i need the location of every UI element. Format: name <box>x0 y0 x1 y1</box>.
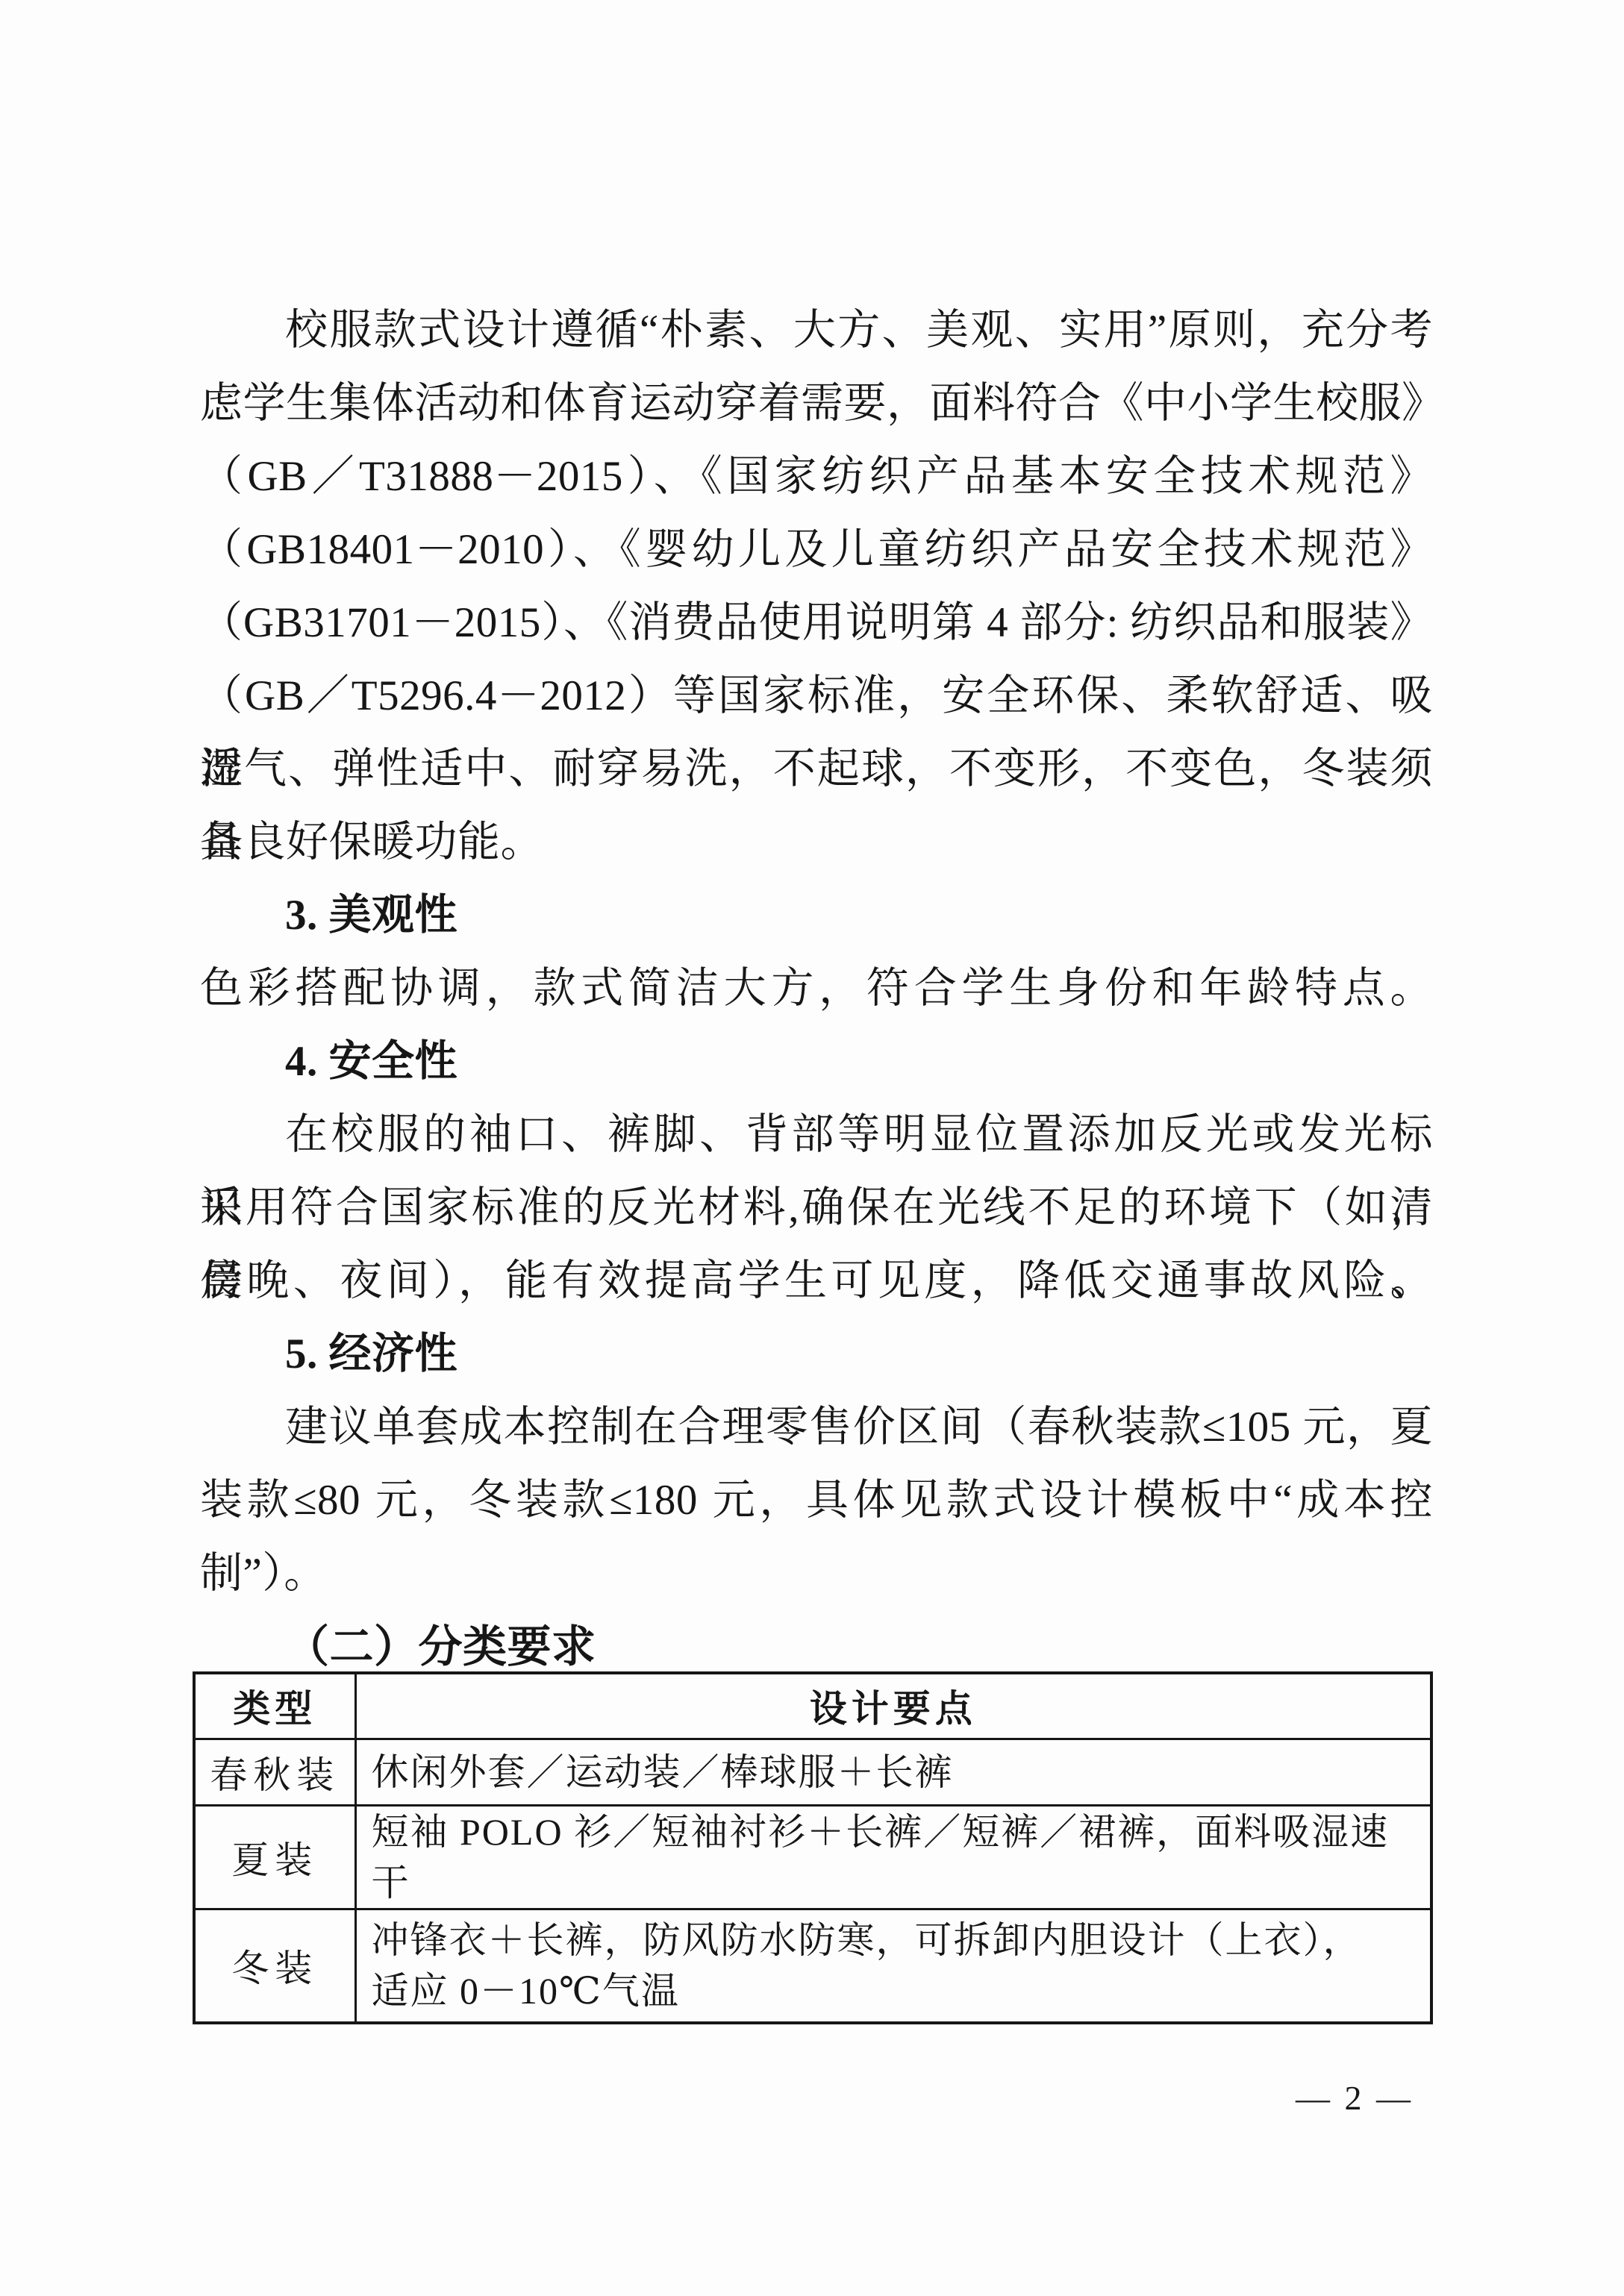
body-line: 备良好保暖功能。 <box>200 806 1433 879</box>
body-line: 校服款式设计遵循“朴素、大方、美观、实用”原则，充分考 <box>200 294 1433 367</box>
body-line: （GB／T5296.4－2012）等国家标准，安全环保、柔软舒适、吸湿 <box>200 660 1433 733</box>
type-cell: 冬装 <box>194 1909 355 2023</box>
page-number: — 2 — <box>1269 2076 1440 2121</box>
body-line: 制”）。 <box>200 1537 1433 1610</box>
points-cell: 休闲外套／运动装／棒球服＋长裤 <box>355 1739 1431 1805</box>
body-line: 采用符合国家标准的反光材料,确保在光线不足的环境下（如清晨、 <box>200 1172 1433 1245</box>
body-line: （GB18401－2010）、《婴幼儿及儿童纺织产品安全技术规范》 <box>200 513 1433 586</box>
body-line: 虑学生集体活动和体育运动穿着需要，面料符合《中小学生校服》 <box>200 367 1433 440</box>
document-body: 校服款式设计遵循“朴素、大方、美观、实用”原则，充分考 虑学生集体活动和体育运动… <box>200 294 1433 1683</box>
heading-safety: 4. 安全性 <box>200 1025 1433 1098</box>
document-page: 校服款式设计遵循“朴素、大方、美观、实用”原则，充分考 虑学生集体活动和体育运动… <box>0 0 1624 2296</box>
type-cell: 夏装 <box>194 1805 355 1909</box>
body-line: 傍晚、夜间），能有效提高学生可见度，降低交通事故风险。 <box>200 1245 1433 1318</box>
points-cell: 短袖 POLO 衫／短袖衬衫＋长裤／短裤／裙裤，面料吸湿速干 <box>355 1805 1431 1909</box>
classification-table: 类型 设计要点 春秋装 休闲外套／运动装／棒球服＋长裤 夏装 短袖 POLO 衫… <box>193 1671 1433 2024</box>
table-row: 夏装 短袖 POLO 衫／短袖衬衫＋长裤／短裤／裙裤，面料吸湿速干 <box>194 1805 1431 1909</box>
heading-aesthetics: 3. 美观性 <box>200 879 1433 952</box>
body-line: 在校服的袖口、裤脚、背部等明显位置添加反光或发光标识， <box>200 1098 1433 1172</box>
body-line: 透气、弹性适中、耐穿易洗，不起球，不变形，不变色，冬装须具 <box>200 733 1433 806</box>
body-line: （GB／T31888－2015）、《国家纺织产品基本安全技术规范》 <box>200 440 1433 513</box>
body-line: 装款≤80 元，冬装款≤180 元，具体见款式设计模板中“成本控 <box>200 1464 1433 1537</box>
body-line: 建议单套成本控制在合理零售价区间（春秋装款≤105 元，夏 <box>200 1391 1433 1464</box>
table-header-row: 类型 设计要点 <box>194 1673 1431 1739</box>
table-row: 冬装 冲锋衣＋长裤，防风防水防寒，可拆卸内胆设计（上衣）， 适应 0－10℃气温 <box>194 1909 1431 2023</box>
body-line: （GB31701－2015）、《消费品使用说明第 4 部分: 纺织品和服装》 <box>200 586 1433 660</box>
body-line: 色彩搭配协调，款式简洁大方，符合学生身份和年龄特点。 <box>200 952 1433 1025</box>
type-cell: 春秋装 <box>194 1739 355 1805</box>
table-row: 春秋装 休闲外套／运动装／棒球服＋长裤 <box>194 1739 1431 1805</box>
points-cell: 冲锋衣＋长裤，防风防水防寒，可拆卸内胆设计（上衣）， 适应 0－10℃气温 <box>355 1909 1431 2023</box>
column-header-points: 设计要点 <box>355 1673 1431 1739</box>
column-header-type: 类型 <box>194 1673 355 1739</box>
heading-economy: 5. 经济性 <box>200 1318 1433 1391</box>
